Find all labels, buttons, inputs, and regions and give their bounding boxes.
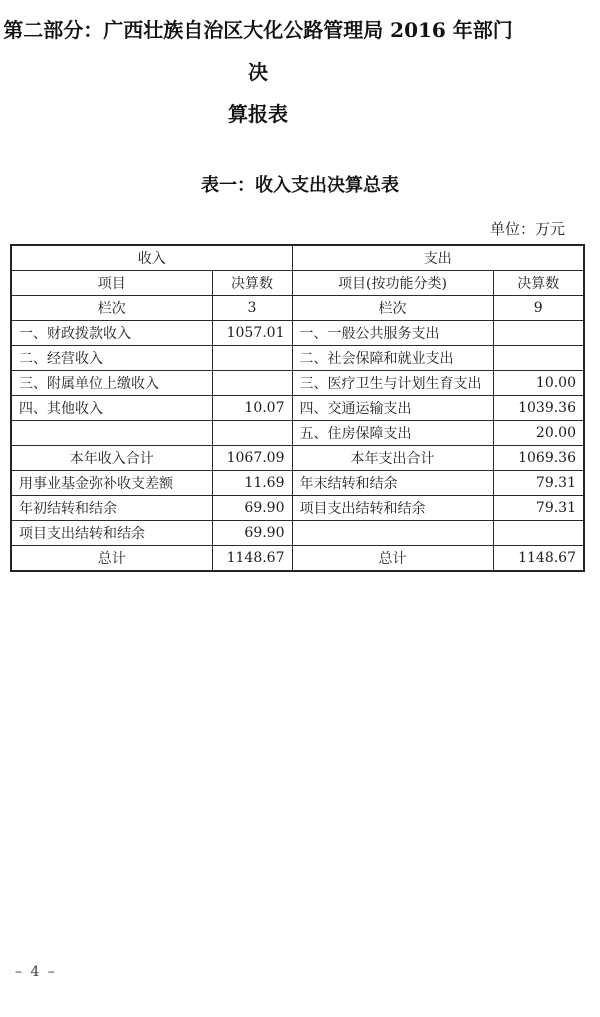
table-cell: 三、医疗卫生与计划生育支出: [292, 371, 493, 396]
table-cell: 1039.36: [493, 396, 584, 421]
table-cell: 1067.09: [212, 446, 292, 471]
table-cell: 1148.67: [212, 546, 292, 572]
table-row: 年初结转和结余 69.90 项目支出结转和结余 79.31: [11, 496, 584, 521]
table-cell: 一、一般公共服务支出: [292, 321, 493, 346]
group-header-row: 收入 支出: [11, 245, 584, 271]
page-title-line1: 第二部分：广西壮族自治区大化公路管理局 2016 年部门决: [0, 9, 516, 93]
expenditure-group-header: 支出: [292, 245, 584, 271]
page-title-line2: 算报表: [0, 93, 516, 135]
column-index-row: 栏次 3 栏次 9: [11, 296, 584, 321]
table-cell: [212, 346, 292, 371]
table-cell: 20.00: [493, 421, 584, 446]
table-cell: 五、住房保障支出: [292, 421, 493, 446]
table-cell: [493, 346, 584, 371]
table-row-total: 总计 1148.67 总计 1148.67: [11, 546, 584, 572]
table-cell: 栏次: [11, 296, 212, 321]
table-cell: 10.00: [493, 371, 584, 396]
table-cell: 四、交通运输支出: [292, 396, 493, 421]
table-cell: 3: [212, 296, 292, 321]
table-cell: 四、其他收入: [11, 396, 212, 421]
table-cell: [212, 421, 292, 446]
table-cell: 79.31: [493, 471, 584, 496]
income-amount-header: 决算数: [212, 271, 292, 296]
table-row: 四、其他收入 10.07 四、交通运输支出 1039.36: [11, 396, 584, 421]
income-expenditure-summary-table: 收入 支出 项目 决算数 项目(按功能分类) 决算数 栏次 3 栏次 9 一、财…: [10, 244, 585, 572]
table-cell: 年末结转和结余: [292, 471, 493, 496]
table-cell: 二、经营收入: [11, 346, 212, 371]
table-cell: [212, 371, 292, 396]
table-cell: 1069.36: [493, 446, 584, 471]
expenditure-amount-header: 决算数: [493, 271, 584, 296]
table-cell: [11, 421, 212, 446]
table-cell: 79.31: [493, 496, 584, 521]
table-cell: 项目支出结转和结余: [11, 521, 212, 546]
table-cell: 1057.01: [212, 321, 292, 346]
table-row: 二、经营收入 二、社会保障和就业支出: [11, 346, 584, 371]
table-cell: 项目支出结转和结余: [292, 496, 493, 521]
income-group-header: 收入: [11, 245, 292, 271]
table-cell: 一、财政拨款收入: [11, 321, 212, 346]
page-number: – 4 –: [15, 964, 57, 980]
table-row: 三、附属单位上缴收入 三、医疗卫生与计划生育支出 10.00: [11, 371, 584, 396]
table-cell: 10.07: [212, 396, 292, 421]
table-row: 用事业基金弥补收支差额 11.69 年末结转和结余 79.31: [11, 471, 584, 496]
table-cell: [493, 321, 584, 346]
table-cell: 年初结转和结余: [11, 496, 212, 521]
table-cell: 用事业基金弥补收支差额: [11, 471, 212, 496]
table-cell: 69.90: [212, 496, 292, 521]
table-cell: 11.69: [212, 471, 292, 496]
unit-label: 单位：万元: [0, 218, 565, 239]
table-cell: 69.90: [212, 521, 292, 546]
page-title: 第二部分：广西壮族自治区大化公路管理局 2016 年部门决 算报表: [0, 9, 516, 135]
table-cell: 栏次: [292, 296, 493, 321]
table-cell: 本年收入合计: [11, 446, 212, 471]
table-row: 项目支出结转和结余 69.90: [11, 521, 584, 546]
table-subtitle: 表一：收入支出决算总表: [0, 175, 600, 197]
table-cell: 三、附属单位上缴收入: [11, 371, 212, 396]
table-cell: 9: [493, 296, 584, 321]
column-header-row: 项目 决算数 项目(按功能分类) 决算数: [11, 271, 584, 296]
table-cell: [493, 521, 584, 546]
income-item-header: 项目: [11, 271, 212, 296]
table-cell: 总计: [11, 546, 212, 572]
table-cell: [292, 521, 493, 546]
table-cell: 本年支出合计: [292, 446, 493, 471]
expenditure-item-header: 项目(按功能分类): [292, 271, 493, 296]
table-row: 一、财政拨款收入 1057.01 一、一般公共服务支出: [11, 321, 584, 346]
table-cell: 1148.67: [493, 546, 584, 572]
table-cell: 总计: [292, 546, 493, 572]
table-cell: 二、社会保障和就业支出: [292, 346, 493, 371]
table-row: 五、住房保障支出 20.00: [11, 421, 584, 446]
table-row-subtotal: 本年收入合计 1067.09 本年支出合计 1069.36: [11, 446, 584, 471]
